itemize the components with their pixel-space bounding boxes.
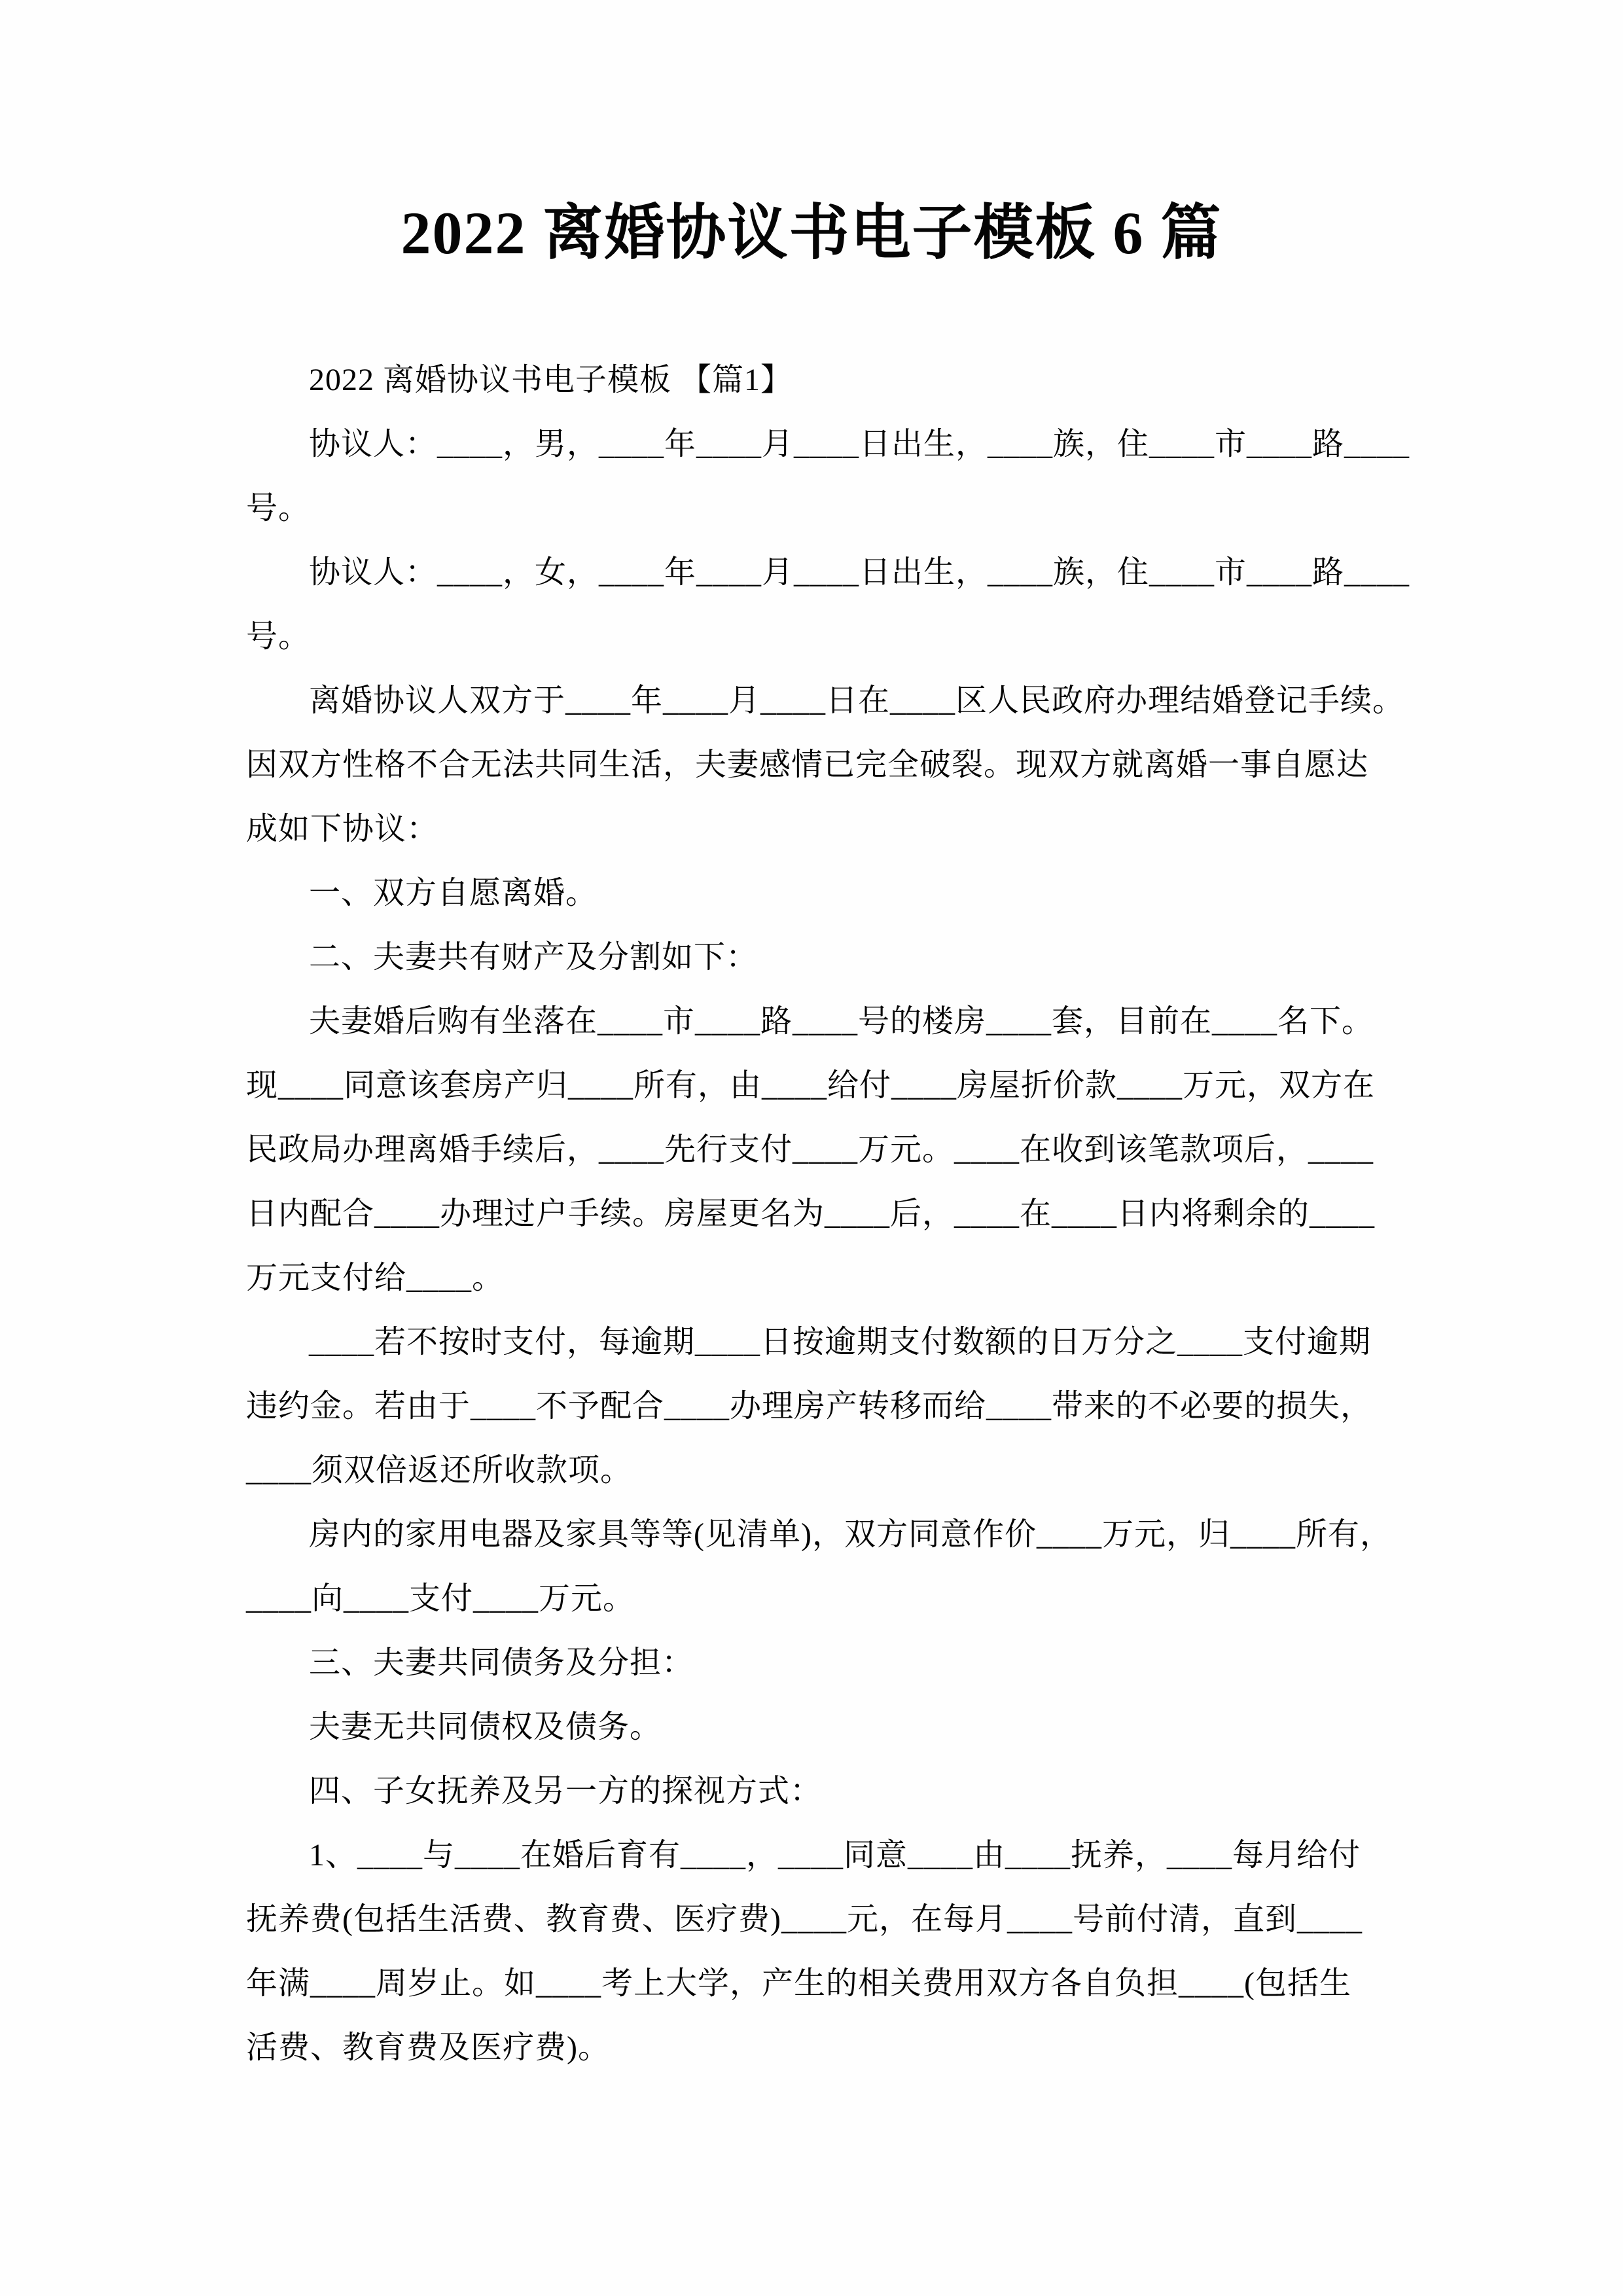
document-line: 抚养费(包括生活费、教育费、医疗费)____元，在每月____号前付清，直到__… (246, 1888, 1377, 1952)
document-line: 民政局办理离婚手续后，____先行支付____万元。____在收到该笔款项后，_… (246, 1118, 1377, 1182)
document-line: 夫妻婚后购有坐落在____市____路____号的楼房____套，目前在____… (246, 990, 1377, 1054)
document-line: 2022 离婚协议书电子模板 【篇1】 (246, 348, 1377, 412)
document-line: 活费、教育费及医疗费)。 (246, 2016, 1377, 2080)
document-line: 一、双方自愿离婚。 (246, 861, 1377, 925)
document-line: ____若不按时支付，每逾期____日按逾期支付数额的日万分之____支付逾期 (246, 1310, 1377, 1374)
document-line: 现____同意该套房产归____所有，由____给付____房屋折价款____万… (246, 1054, 1377, 1118)
document-line: 二、夫妻共有财产及分割如下： (246, 925, 1377, 990)
document-line: 夫妻无共同债权及债务。 (246, 1695, 1377, 1759)
document-line: 年满____周岁止。如____考上大学，产生的相关费用双方各自负担____(包括… (246, 1952, 1377, 2016)
document-line: 三、夫妻共同债务及分担： (246, 1631, 1377, 1695)
document-line: 万元支付给____。 (246, 1246, 1377, 1310)
document-title: 2022 离婚协议书电子模板 6 篇 (0, 200, 1623, 266)
document-line: 离婚协议人双方于____年____月____日在____区人民政府办理结婚登记手… (246, 669, 1377, 733)
document-line: 号。 (246, 605, 1377, 669)
document-line: 成如下协议： (246, 797, 1377, 861)
document-line: 协议人：____，男，____年____月____日出生，____族，住____… (246, 412, 1377, 476)
document-line: ____须双倍返还所收款项。 (246, 1439, 1377, 1503)
document-line: 1、____与____在婚后育有____，____同意____由____抚养，_… (246, 1823, 1377, 1888)
document-line: 因双方性格不合无法共同生活，夫妻感情已完全破裂。现双方就离婚一事自愿达 (246, 733, 1377, 797)
document-line: 房内的家用电器及家具等等(见清单)，双方同意作价____万元，归____所有， (246, 1503, 1377, 1567)
document-body: 2022 离婚协议书电子模板 【篇1】协议人：____，男，____年____月… (246, 348, 1377, 2080)
document-line: 协议人：____，女，____年____月____日出生，____族，住____… (246, 541, 1377, 605)
document-line: 违约金。若由于____不予配合____办理房产转移而给____带来的不必要的损失… (246, 1374, 1377, 1439)
document-line: 号。 (246, 476, 1377, 541)
document-page: 2022 离婚协议书电子模板 6 篇 2022 离婚协议书电子模板 【篇1】协议… (0, 0, 1623, 2296)
document-line: ____向____支付____万元。 (246, 1567, 1377, 1631)
document-line: 日内配合____办理过户手续。房屋更名为____后，____在____日内将剩余… (246, 1182, 1377, 1246)
document-line: 四、子女抚养及另一方的探视方式： (246, 1759, 1377, 1823)
